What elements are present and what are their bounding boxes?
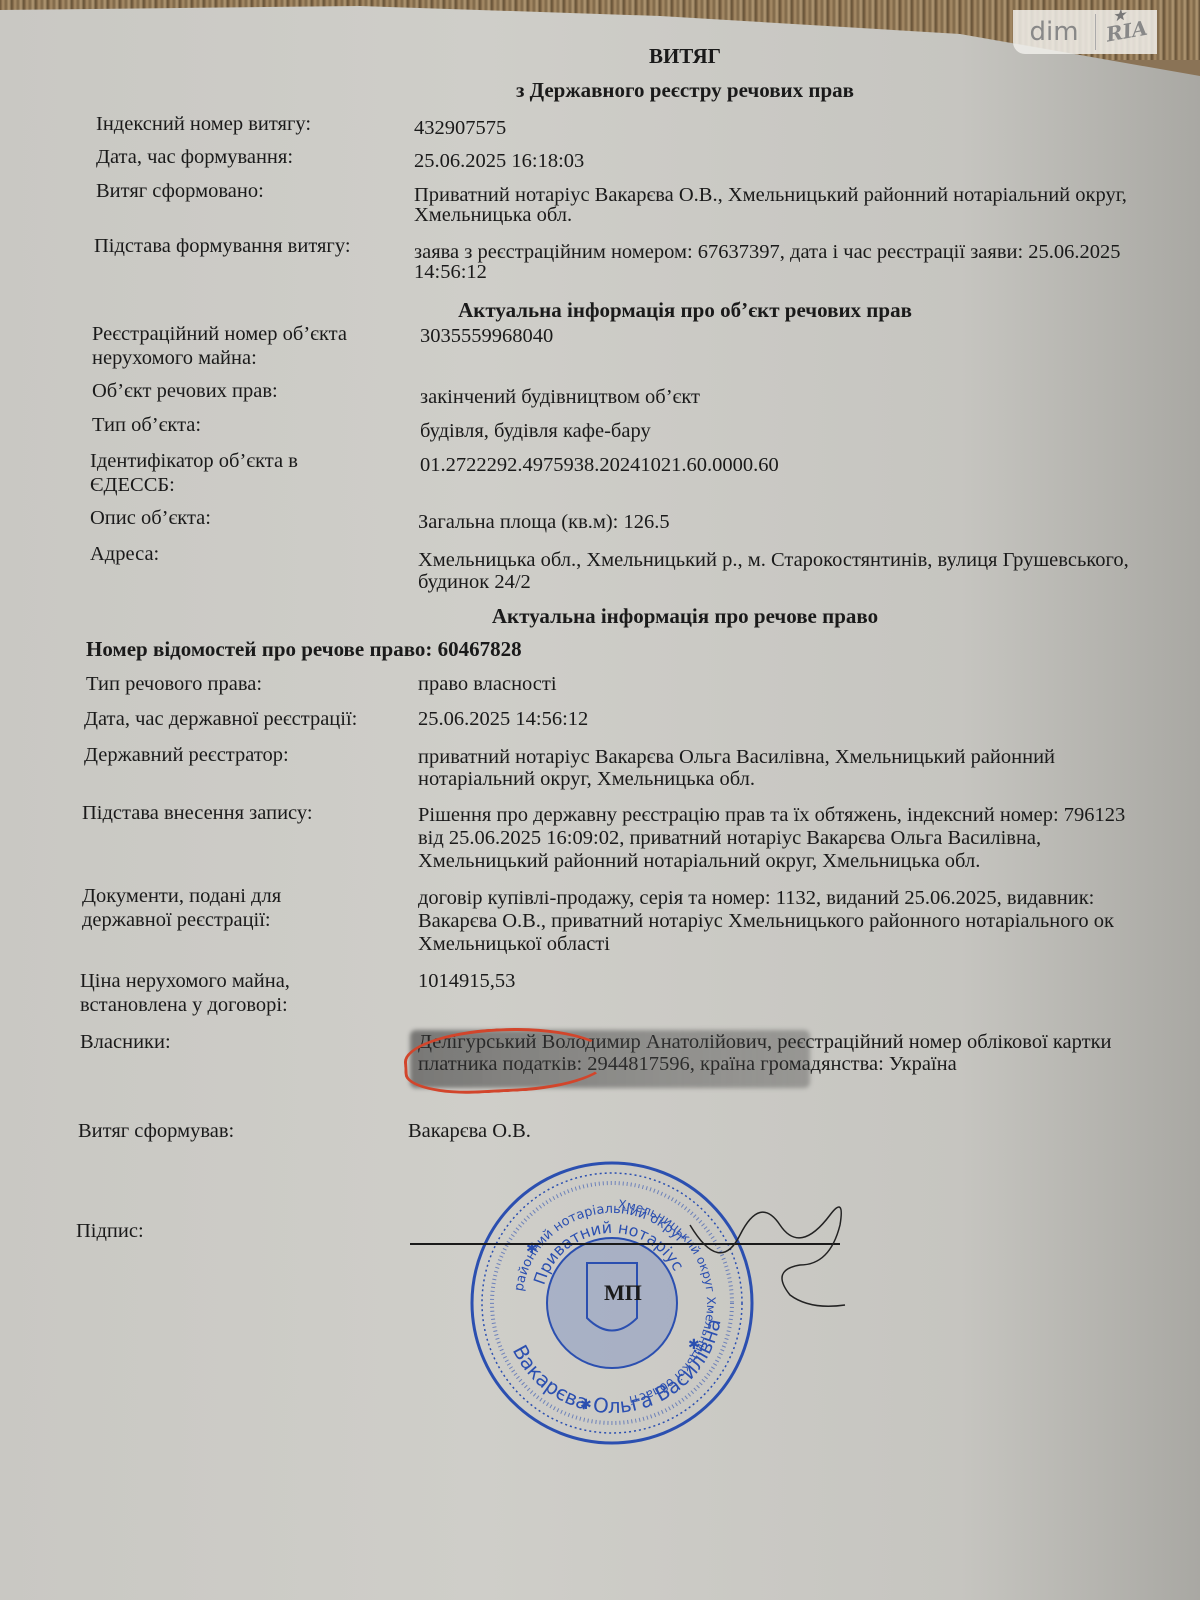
handwritten-signature (680, 1185, 850, 1315)
document-title: ВИТЯГ (0, 44, 1200, 69)
section-heading-object: Актуальна інформація про об’єкт речових … (0, 298, 1200, 323)
svg-text:✱: ✱ (580, 1398, 592, 1413)
section-heading-right: Актуальна інформація про речове право (0, 604, 1200, 629)
document-subtitle: з Державного реєстру речових прав (0, 78, 1200, 103)
right-record-number: Номер відомостей про речове право: 60467… (86, 637, 522, 662)
registry-extract-document: ВИТЯГ з Державного реєстру речових прав … (0, 0, 1200, 1600)
svg-text:✱: ✱ (688, 1338, 700, 1353)
stamp-mark-mp: МП (604, 1280, 642, 1306)
